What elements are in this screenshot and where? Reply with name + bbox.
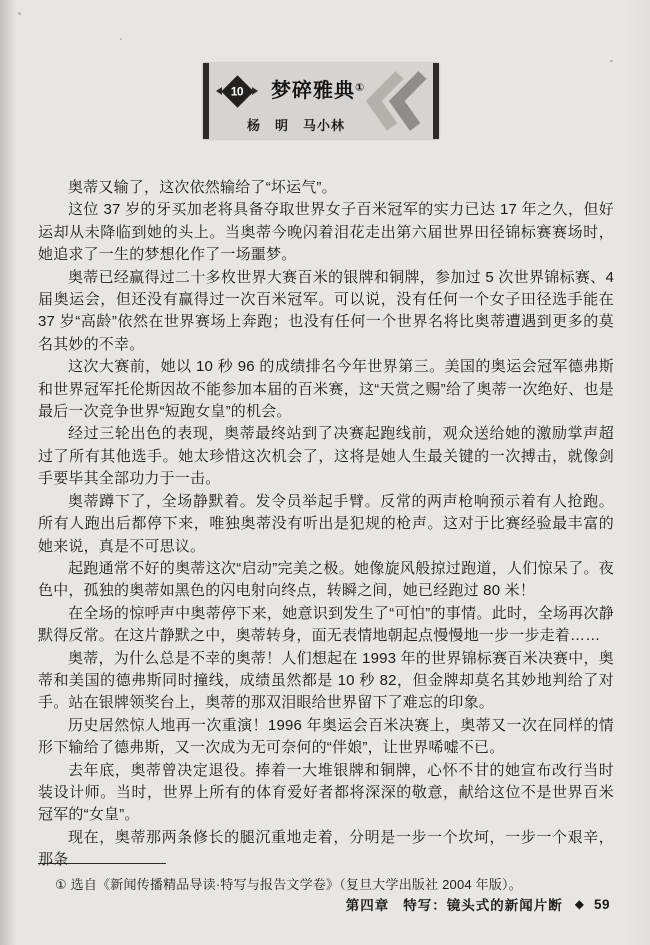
- paragraph: 奥蒂，为什么总是不幸的奥蒂！人们想起在 1993 年的世界锦标赛百米决赛中，奥蒂…: [38, 648, 614, 715]
- article-title: 梦碎雅典①: [271, 74, 364, 103]
- diamond-icon: ◆: [575, 897, 584, 911]
- paragraph: 起跑通常不好的奥蒂这次“启动”完美之极。她像旋风般掠过跑道，人们惊呆了。夜色中，…: [38, 558, 614, 603]
- article-body: 奥蒂又输了，这次依然输给了“坏运气”。这位 37 岁的牙买加老将具备夺取世界女子…: [38, 177, 614, 872]
- scanned-page: 10 梦碎雅典① 杨 明 马小林 奥蒂又输了，这次依然输给了“坏运气”。这位 3…: [0, 0, 650, 945]
- lesson-number-badge: 10: [215, 71, 259, 111]
- page-footer: 第四章 特写：镜头式的新闻片断 ◆ 59: [346, 894, 610, 914]
- article-authors: 杨 明 马小林: [247, 115, 345, 134]
- header-left-bar: [203, 63, 209, 139]
- section-title: 特写：镜头式的新闻片断: [403, 894, 563, 914]
- paragraph: 现在，奥蒂那两条修长的腿沉重地走着，分明是一步一个坎坷，一步一个艰辛，那条: [38, 827, 614, 872]
- paragraph: 历史居然惊人地再一次重演！1996 年奥运会百米决赛上，奥蒂又一次在同样的情形下…: [38, 715, 614, 760]
- footnote-separator: [38, 863, 166, 864]
- paragraph: 奥蒂蹲下了，全场静默着。发令员举起手臂。反常的两声枪响预示着有人抢跑。所有人跑出…: [38, 491, 614, 558]
- chapter-header-box: 10 梦碎雅典① 杨 明 马小林: [203, 63, 439, 139]
- lesson-number: 10: [231, 84, 243, 98]
- paragraph: 去年底，奥蒂曾决定退役。捧着一大堆银牌和铜牌，心怀不甘的她宣布改行当时装设计师。…: [38, 760, 614, 827]
- scan-speck: [610, 60, 613, 62]
- chevron-left-icon: [361, 71, 429, 131]
- page-number: 59: [594, 897, 610, 912]
- footnote-text: ① 选自《新闻传播精品导读·特写与报告文学卷》（复旦大学出版社 2004 年版）…: [38, 874, 615, 893]
- header-right-bar: [433, 63, 439, 139]
- paragraph: 奥蒂又输了，这次依然输给了“坏运气”。: [38, 177, 614, 199]
- article-title-text: 梦碎雅典: [271, 80, 355, 102]
- paragraph: 这位 37 岁的牙买加老将具备夺取世界女子百米冠军的实力已达 17 年之久，但好…: [38, 199, 614, 266]
- paragraph: 这次大赛前，她以 10 秒 96 的成绩排名今年世界第三。美国的奥运会冠军德弗斯…: [38, 356, 614, 423]
- chapter-label: 第四章: [346, 894, 390, 914]
- scan-speck: [18, 12, 21, 15]
- paragraph: 在全场的惊呼声中奥蒂停下来，她意识到发生了“可怕”的事情。此时，全场再次静默得反…: [38, 603, 614, 648]
- paragraph: 奥蒂已经赢得过二十多枚世界大赛百米的银牌和铜牌，参加过 5 次世界锦标赛、4 届…: [38, 267, 614, 357]
- paragraph: 经过三轮出色的表现，奥蒂最终站到了决赛起跑线前，观众送给她的激励掌声超过了所有其…: [38, 423, 614, 490]
- diamond-icon: 10: [221, 75, 254, 108]
- scan-speck: [120, 38, 122, 40]
